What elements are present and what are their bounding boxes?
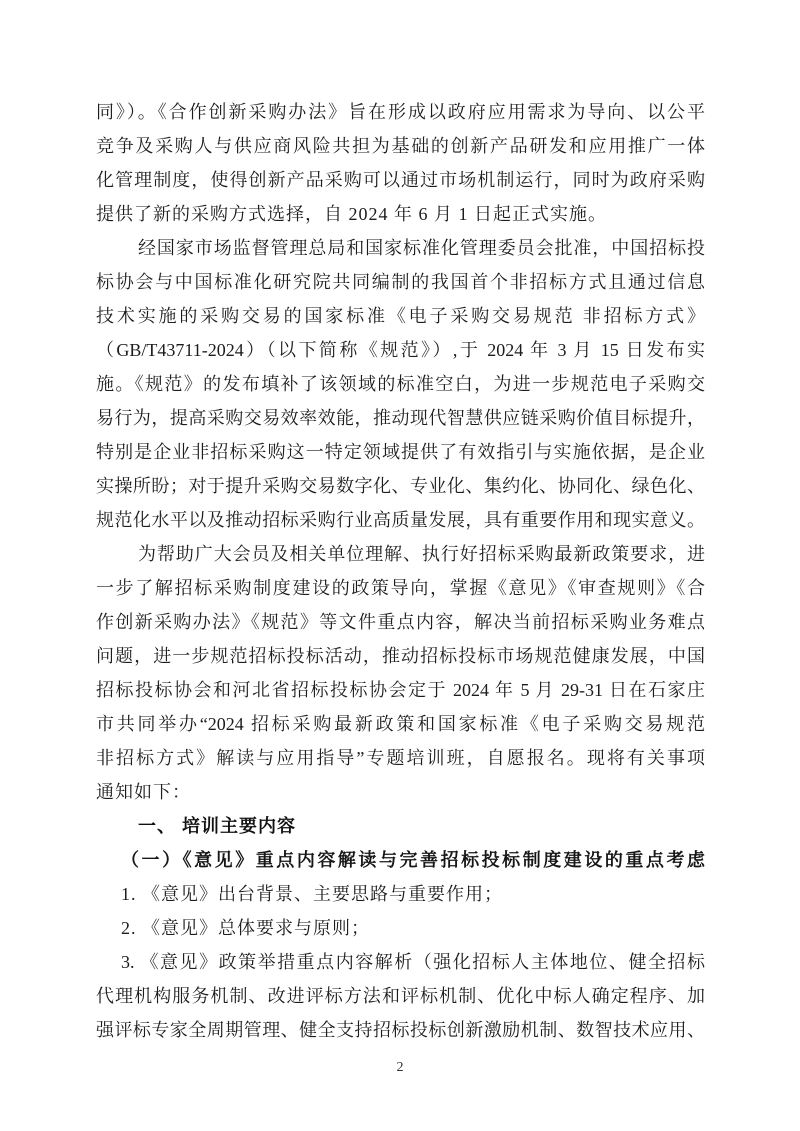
paragraph-line: 特别是企业非招标采购这一特定领域提供了有效指引与实施依据，是企业 bbox=[96, 435, 705, 469]
page-number: 2 bbox=[0, 1060, 800, 1076]
paragraph-line: 标协会与中国标准化研究院共同编制的我国首个非招标方式且通过信息 bbox=[96, 265, 705, 299]
document-page: 同》）。《合作创新采购办法》旨在形成以政府应用需求为导向、以公平竞争及采购人与供… bbox=[0, 0, 800, 1131]
paragraph-line: 非招标方式》解读与应用指导”专题培训班，自愿报名。现将有关事项 bbox=[96, 741, 705, 775]
paragraph-line: （GB/T43711-2024）（以下简称《规范》）,于 2024 年 3 月 … bbox=[96, 333, 705, 367]
paragraph-line: 2. 《意见》总体要求与原则； bbox=[96, 911, 705, 945]
paragraph-line: 易行为，提高采购交易效率效能，推动现代智慧供应链采购价值目标提升， bbox=[96, 401, 705, 435]
paragraph-line: 代理机构服务机制、改进评标方法和评标机制、优化中标人确定程序、加 bbox=[96, 979, 705, 1013]
paragraph-line: 招标投标协会和河北省招标投标协会定于 2024 年 5 月 29-31 日在石家… bbox=[96, 673, 705, 707]
paragraph-line: 实操所盼；对于提升采购交易数字化、专业化、集约化、协同化、绿色化、 bbox=[96, 469, 705, 503]
paragraph-line: 问题，进一步规范招标投标活动，推动招标投标市场规范健康发展，中国 bbox=[96, 639, 705, 673]
paragraph-line: 施。《规范》的发布填补了该领域的标准空白，为进一步规范电子采购交 bbox=[96, 367, 705, 401]
paragraph-line: 强评标专家全周期管理、健全支持招标投标创新激励机制、数智技术应用、 bbox=[96, 1013, 705, 1047]
paragraph-line: 市共同举办“2024 招标采购最新政策和国家标准《电子采购交易规范 bbox=[96, 707, 705, 741]
paragraph-line: 通知如下： bbox=[96, 775, 705, 809]
heading-level-2: （一）《意见》重点内容解读与完善招标投标制度建设的重点考虑 bbox=[96, 843, 705, 877]
paragraph-line: 竞争及采购人与供应商风险共担为基础的创新产品研发和应用推广一体 bbox=[96, 129, 705, 163]
paragraph-line: 提供了新的采购方式选择，自 2024 年 6 月 1 日起正式实施。 bbox=[96, 197, 705, 231]
paragraph-line: 3. 《意见》政策举措重点内容解析（强化招标人主体地位、健全招标 bbox=[96, 945, 705, 979]
paragraph-line: 1. 《意见》出台背景、主要思路与重要作用； bbox=[96, 877, 705, 911]
document-body: 同》）。《合作创新采购办法》旨在形成以政府应用需求为导向、以公平竞争及采购人与供… bbox=[96, 95, 705, 1047]
paragraph-line: 化管理制度，使得创新产品采购可以通过市场机制运行，同时为政府采购 bbox=[96, 163, 705, 197]
paragraph-line: 技术实施的采购交易的国家标准《电子采购交易规范 非招标方式》 bbox=[96, 299, 705, 333]
paragraph-line: 同》）。《合作创新采购办法》旨在形成以政府应用需求为导向、以公平 bbox=[96, 95, 705, 129]
heading-level-1: 一、 培训主要内容 bbox=[96, 809, 705, 843]
paragraph-line: 作创新采购办法》《规范》等文件重点内容，解决当前招标采购业务难点 bbox=[96, 605, 705, 639]
paragraph-line: 一步了解招标采购制度建设的政策导向，掌握《意见》《审查规则》《合 bbox=[96, 571, 705, 605]
paragraph-line: 规范化水平以及推动招标采购行业高质量发展，具有重要作用和现实意义。 bbox=[96, 503, 705, 537]
paragraph-line: 为帮助广大会员及相关单位理解、执行好招标采购最新政策要求，进 bbox=[96, 537, 705, 571]
paragraph-line: 经国家市场监督管理总局和国家标准化管理委员会批准，中国招标投 bbox=[96, 231, 705, 265]
